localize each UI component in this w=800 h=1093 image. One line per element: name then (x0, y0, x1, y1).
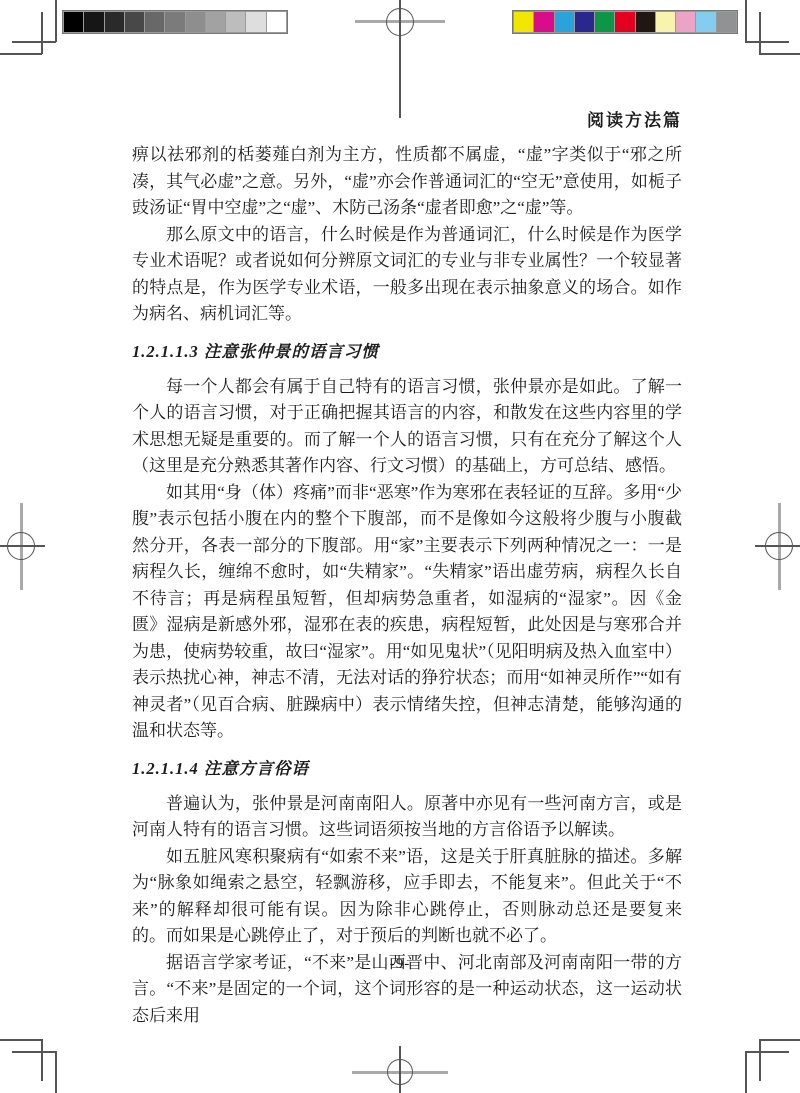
calibration-swatch (595, 12, 614, 32)
calibration-swatch (125, 12, 144, 32)
registration-circle (765, 532, 793, 560)
calibration-swatch (676, 12, 695, 32)
crop-mark-line (12, 1051, 56, 1053)
crop-mark-line (55, 0, 57, 42)
crop-mark-line (55, 1051, 57, 1093)
calibration-swatch (206, 12, 225, 32)
crop-mark-line (41, 1039, 43, 1081)
calibration-swatch (105, 12, 124, 32)
crop-mark-line (12, 41, 56, 43)
crop-mark-line (759, 53, 800, 55)
crop-mark-line (745, 1051, 747, 1093)
registration-circle (387, 1059, 413, 1085)
crop-mark-line (0, 53, 42, 55)
body-paragraph: 如五脏风寒积聚病有“如索不来”语，这是关于肝真脏脉的描述。多解为“脉象如绳索之悬… (132, 844, 682, 950)
calibration-swatch (575, 12, 594, 32)
page-body: 痹以祛邪剂的栝蒌薤白剂为主方，性质都不属虚，“虚”字类似于“邪之所凑，其气必虚”… (132, 142, 682, 1029)
registration-circle (386, 8, 414, 36)
calibration-swatch (64, 12, 83, 32)
calibration-swatch (267, 12, 286, 32)
calibration-swatch (145, 12, 164, 32)
calibration-swatch (246, 12, 265, 32)
grayscale-calibration-bar (62, 10, 288, 34)
section-heading-1-2-1-1-4: 1.2.1.1.4 注意方言俗语 (132, 757, 682, 781)
section-heading-1-2-1-1-3: 1.2.1.1.3 注意张仲景的语言习惯 (132, 340, 682, 364)
crop-mark-line (41, 12, 43, 54)
calibration-swatch (514, 12, 533, 32)
calibration-swatch (615, 12, 634, 32)
calibration-swatch (555, 12, 574, 32)
scanned-book-page: 阅读方法篇 痹以祛邪剂的栝蒌薤白剂为主方，性质都不属虚，“虚”字类似于“邪之所凑… (0, 0, 800, 1093)
registration-circle (7, 532, 35, 560)
body-paragraph: 那么原文中的语言，什么时候是作为普通词汇，什么时候是作为医学专业术语呢？或者说如… (132, 222, 682, 328)
crop-mark-line (745, 0, 747, 42)
crop-mark-line (745, 1051, 789, 1053)
body-paragraph: 痹以祛邪剂的栝蒌薤白剂为主方，性质都不属虚，“虚”字类似于“邪之所凑，其气必虚”… (132, 142, 682, 222)
body-paragraph: 普遍认为，张仲景是河南南阳人。原著中亦见有一些河南方言，或是河南人特有的语言习惯… (132, 791, 682, 844)
crop-mark-line (759, 1039, 800, 1041)
calibration-swatch (186, 12, 205, 32)
calibration-swatch (636, 12, 655, 32)
crop-mark-line (759, 12, 761, 54)
color-calibration-bar (512, 10, 738, 34)
page-number: -9- (0, 956, 800, 973)
crop-mark-line (745, 41, 789, 43)
crop-mark-line (0, 1039, 42, 1041)
calibration-swatch (165, 12, 184, 32)
calibration-swatch (226, 12, 245, 32)
calibration-swatch (534, 12, 553, 32)
calibration-swatch (696, 12, 715, 32)
calibration-swatch (717, 12, 736, 32)
body-paragraph: 如其用“身（体）疼痛”而非“恶寒”作为寒邪在表轻证的互辞。多用“少腹”表示包括小… (132, 480, 682, 745)
calibration-swatch (656, 12, 675, 32)
running-header: 阅读方法篇 (587, 106, 682, 131)
crop-mark-line (759, 1039, 761, 1081)
body-paragraph: 每一个人都会有属于自己特有的语言习惯，张仲景亦是如此。了解一个人的语言习惯，对于… (132, 374, 682, 480)
calibration-swatch (84, 12, 103, 32)
